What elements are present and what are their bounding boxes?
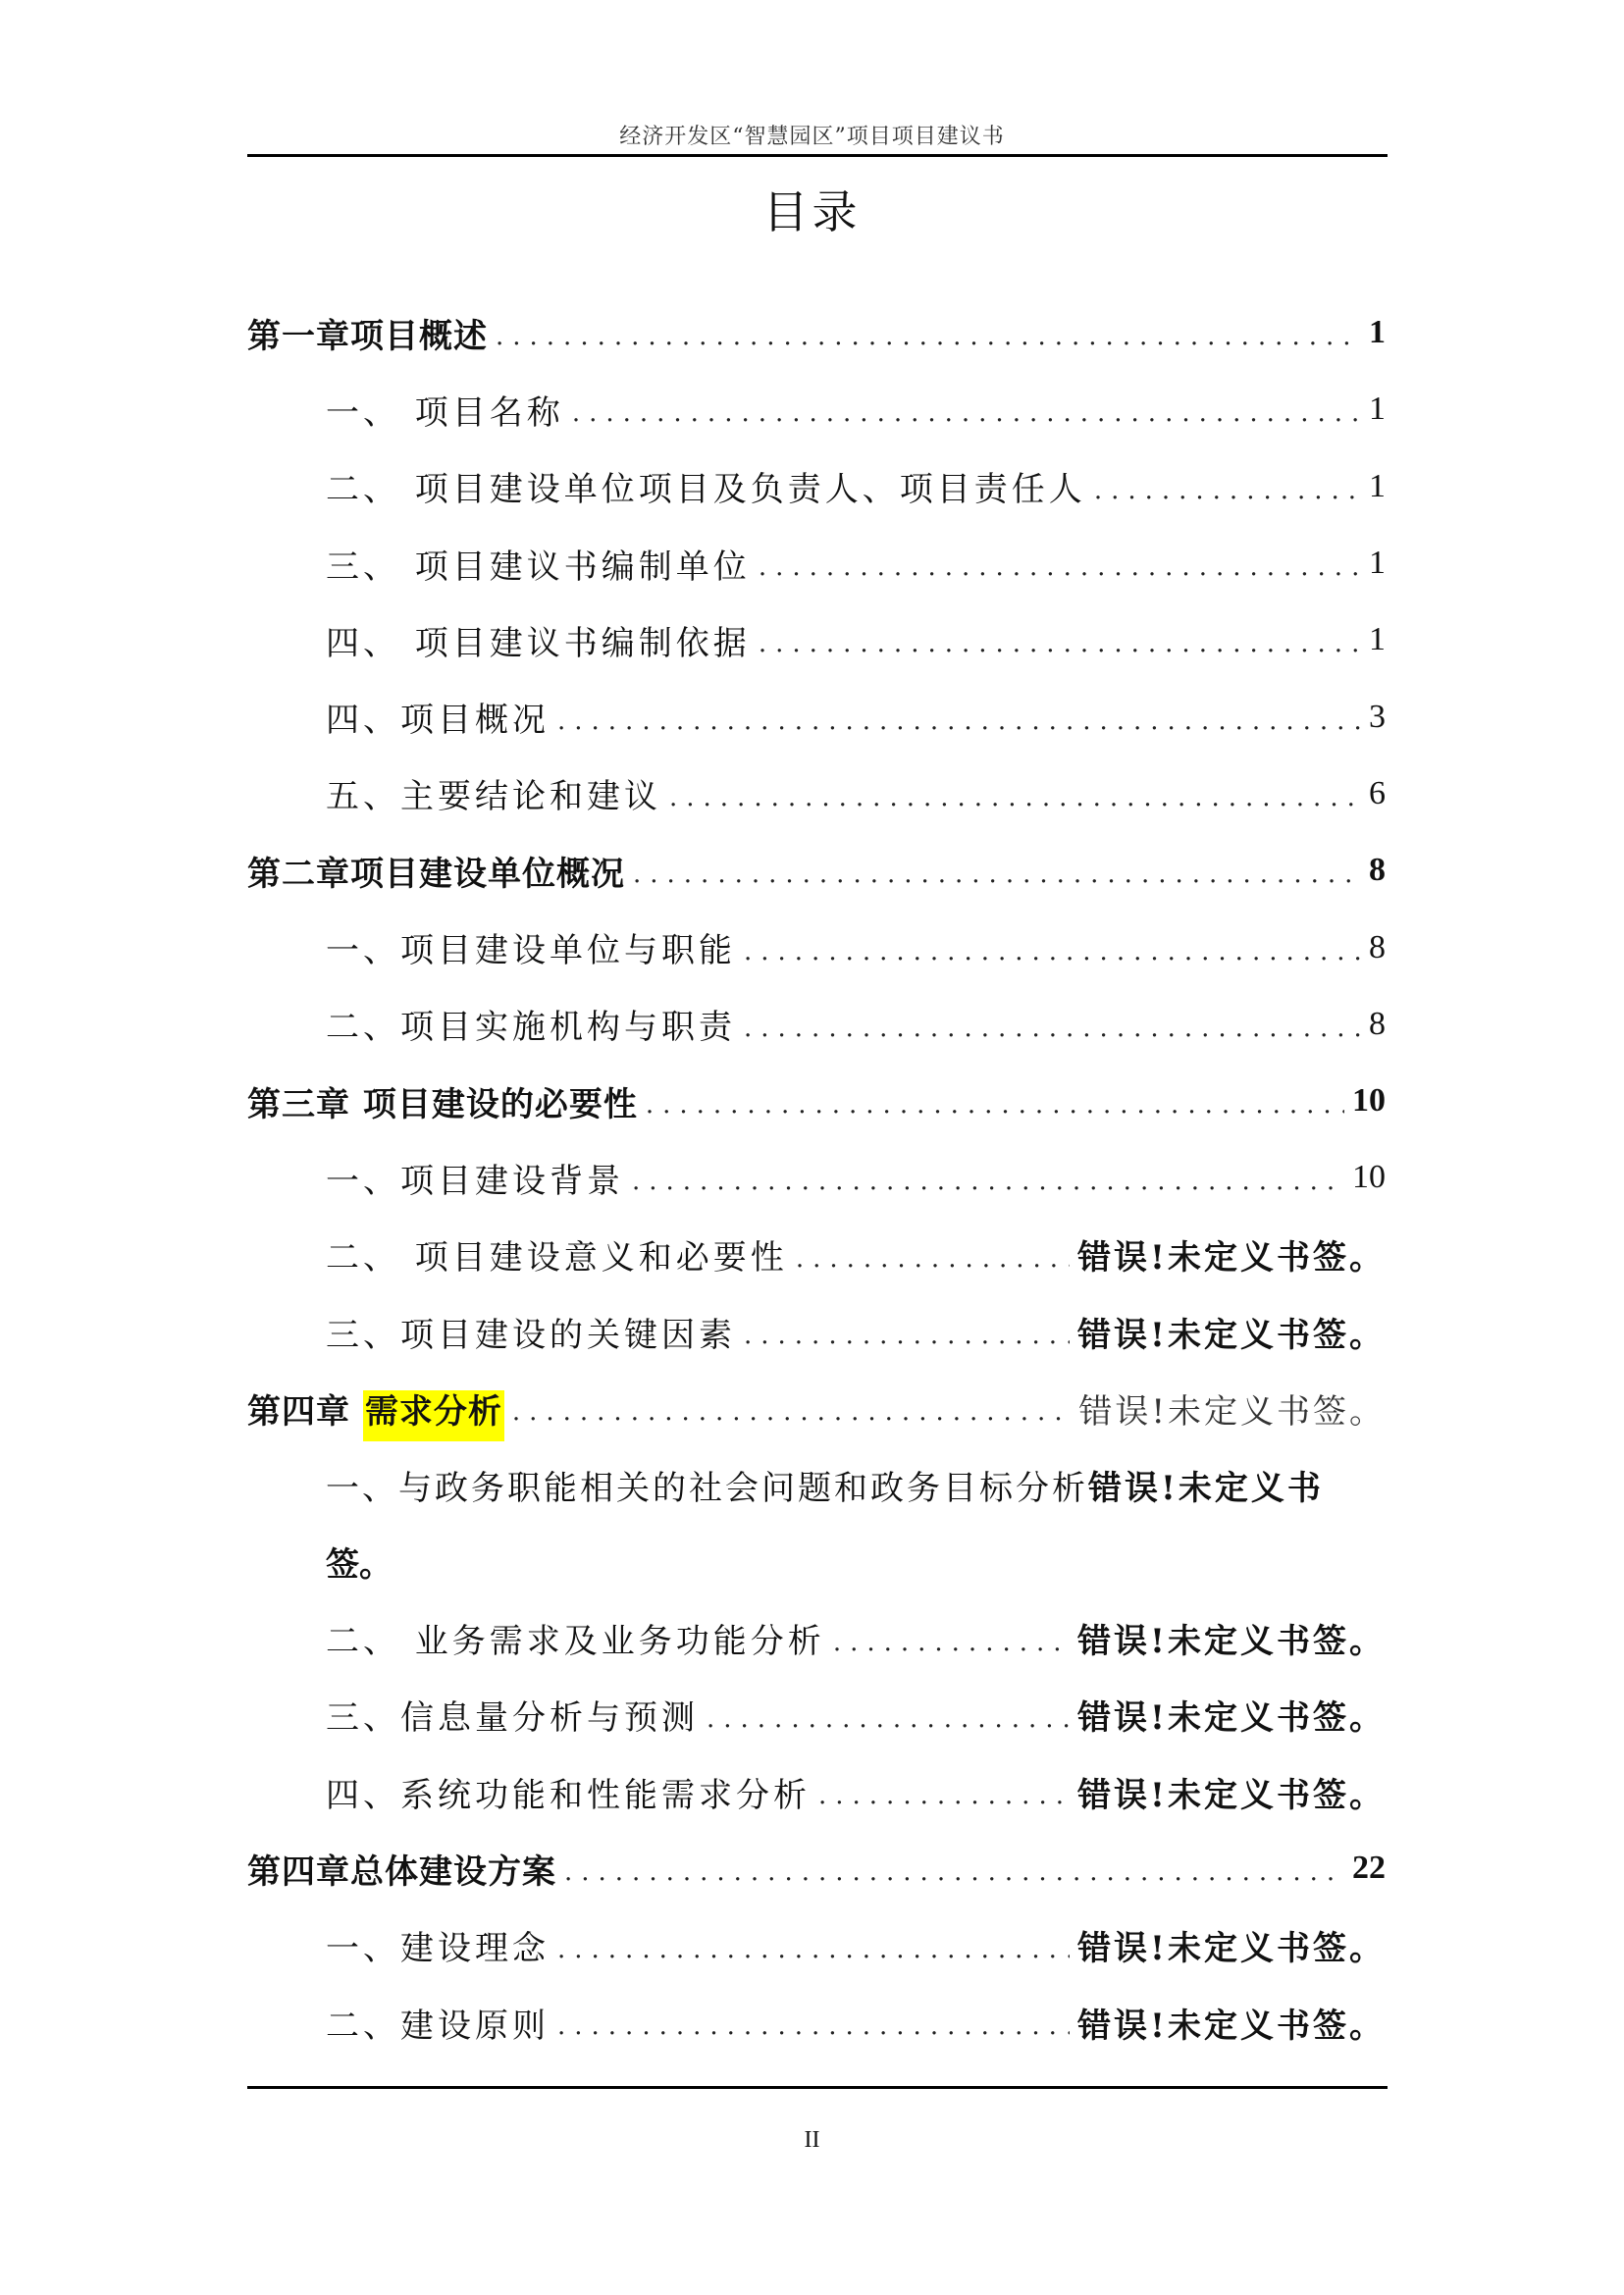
toc-entry[interactable]: 一、项目建设单位与职能 ............................… [247,909,1386,985]
toc-entry[interactable]: 三、信息量分析与预测 .............................… [247,1677,1386,1753]
toc-entry-chapter-3[interactable]: 第三章 项目建设的必要性 ...........................… [247,1063,1386,1139]
toc-entry-page: 10 [1352,1082,1386,1120]
dot-leader: ........................................… [744,1313,1070,1350]
toc-entry-label: 五、主要结论和建议 [326,769,661,817]
header-rule [247,154,1388,157]
toc-entry-page: 1 [1369,621,1386,658]
toc-entry[interactable]: 四、系统功能和性能需求分析 ..........................… [247,1753,1386,1830]
toc-entry-page: 1 [1369,468,1386,505]
table-of-contents: 第一章项目概述 ................................… [247,294,1386,2060]
toc-entry-page: 6 [1369,775,1386,812]
toc-entry-page: 1 [1369,545,1386,582]
toc-entry-chapter-2[interactable]: 第二章项目建设单位概况 ............................… [247,832,1386,909]
toc-entry[interactable]: 五、主要结论和建议 ..............................… [247,756,1386,832]
dot-leader: ........................................… [744,929,1361,966]
toc-entry-label: 一、与政务职能相关的社会问题和政务目标分析 [326,1461,1088,1509]
toc-entry[interactable]: 三、 项目建议书编制单位 ...........................… [247,525,1386,601]
toc-entry-chapter-4-plan[interactable]: 第四章总体建设方案 ..............................… [247,1830,1386,1906]
toc-entry[interactable]: 四、项目概况 .................................… [247,678,1386,755]
dot-leader: ........................................… [646,1082,1344,1120]
toc-entry-error-bookmark: 错误!未定义书签。 [1077,1999,1386,2047]
toc-entry-label: 三、信息量分析与预测 [326,1691,699,1739]
dot-leader: ........................................… [707,1696,1070,1734]
toc-entry-label: 四、系统功能和性能需求分析 [326,1768,811,1816]
toc-entry-chapter-1[interactable]: 第一章项目概述 ................................… [247,294,1386,371]
toc-entry-error-bookmark: 错误!未定义书签。 [1077,1768,1386,1816]
dot-leader: ........................................… [759,545,1361,582]
toc-entry[interactable]: 二、建设原则 .................................… [247,1984,1386,2060]
toc-entry-label: 四、 项目建议书编制依据 [326,616,751,664]
dot-leader: ........................................… [833,1620,1070,1657]
toc-entry-label: 一、 项目名称 [326,386,564,434]
dot-leader: ........................................… [496,314,1361,351]
toc-entry-wrapped[interactable]: 一、与政务职能相关的社会问题和政务目标分析 错误!未定义书 签。 [247,1446,1386,1599]
toc-entry-page: 1 [1369,391,1386,428]
toc-entry-label: 第四章总体建设方案 [247,1845,556,1893]
toc-entry-label: 一、项目建设单位与职能 [326,923,736,971]
highlighted-text: 需求分析 [363,1390,504,1441]
dot-leader: ........................................… [572,391,1361,428]
toc-entry[interactable]: 一、项目建设背景 ...............................… [247,1139,1386,1216]
toc-entry-label: 第一章项目概述 [247,309,488,357]
toc-entry-line-1: 一、与政务职能相关的社会问题和政务目标分析 错误!未定义书 [326,1446,1386,1523]
toc-entry[interactable]: 一、 项目名称 ................................… [247,371,1386,447]
toc-entry-label: 四、项目概况 [326,693,550,741]
toc-entry-error-bookmark: 错误!未定义书签。 [1078,1384,1386,1433]
dot-leader: ........................................… [512,1389,1071,1427]
running-header: 经济开发区“智慧园区”项目项目建议书 [0,120,1624,150]
dot-leader: ........................................… [564,1850,1344,1887]
dot-leader: ........................................… [1094,468,1361,505]
dot-leader: ........................................… [557,2004,1070,2041]
toc-entry[interactable]: 二、 项目建设单位项目及负责人、项目责任人 ..................… [247,448,1386,525]
footer-rule [247,2086,1388,2089]
toc-entry-label: 二、 业务需求及业务功能分析 [326,1614,825,1662]
dot-leader: ........................................… [633,852,1361,889]
toc-entry-error-bookmark: 错误!未定义书签。 [1077,1230,1386,1278]
toc-entry[interactable]: 二、 项目建设意义和必要性 ..........................… [247,1217,1386,1293]
dot-leader: ........................................… [632,1159,1344,1196]
toc-entry[interactable]: 二、项目实施机构与职责 ............................… [247,986,1386,1063]
toc-entry-page: 10 [1352,1159,1386,1196]
toc-entry-label: 第四章 需求分析 [247,1384,504,1433]
toc-entry[interactable]: 二、 业务需求及业务功能分析 .........................… [247,1599,1386,1676]
toc-entry-page: 22 [1352,1850,1386,1887]
toc-entry-label: 第二章项目建设单位概况 [247,847,625,895]
toc-entry-page: 3 [1369,699,1386,736]
toc-entry-label: 三、项目建设的关键因素 [326,1308,736,1356]
toc-entry-page: 8 [1369,929,1386,966]
toc-entry-page: 8 [1369,852,1386,889]
toc-entry-label: 二、项目实施机构与职责 [326,1000,736,1048]
toc-entry-error-bookmark: 错误!未定义书签。 [1077,1921,1386,1969]
toc-entry-line-2: 签。 [326,1523,393,1599]
toc-entry-error-bookmark: 错误!未定义书签。 [1077,1614,1386,1662]
toc-entry-error-bookmark: 错误!未定义书 [1088,1461,1324,1509]
toc-entry-error-bookmark: 错误!未定义书签。 [1077,1691,1386,1739]
toc-entry-label: 一、建设理念 [326,1921,550,1969]
dot-leader: ........................................… [818,1773,1070,1810]
toc-entry-label: 第三章 项目建设的必要性 [247,1077,638,1125]
dot-leader: ........................................… [557,1927,1070,1964]
dot-leader: ........................................… [759,621,1361,658]
toc-entry[interactable]: 三、项目建设的关键因素 ............................… [247,1293,1386,1370]
toc-entry-page: 8 [1369,1006,1386,1043]
page-title: 目录 [0,177,1624,241]
toc-entry[interactable]: 四、 项目建议书编制依据 ...........................… [247,601,1386,678]
dot-leader: ........................................… [796,1236,1070,1274]
toc-entry-label: 三、 项目建议书编制单位 [326,540,751,588]
toc-entry-page: 1 [1369,314,1386,351]
toc-entry-label: 二、 项目建设意义和必要性 [326,1230,788,1278]
page-number: II [0,2127,1624,2154]
toc-entry-error-bookmark: 错误!未定义书签。 [1077,1308,1386,1356]
chapter-prefix: 第四章 [247,1392,363,1432]
toc-entry-chapter-4-demand[interactable]: 第四章 需求分析 ...............................… [247,1370,1386,1446]
toc-entry-label: 一、项目建设背景 [326,1154,624,1202]
dot-leader: ........................................… [669,775,1361,812]
toc-entry-label: 二、建设原则 [326,1999,550,2047]
dot-leader: ........................................… [744,1006,1361,1043]
dot-leader: ........................................… [557,699,1361,736]
toc-entry[interactable]: 一、建设理念 .................................… [247,1907,1386,1984]
toc-entry-label: 二、 项目建设单位项目及负责人、项目责任人 [326,462,1086,510]
